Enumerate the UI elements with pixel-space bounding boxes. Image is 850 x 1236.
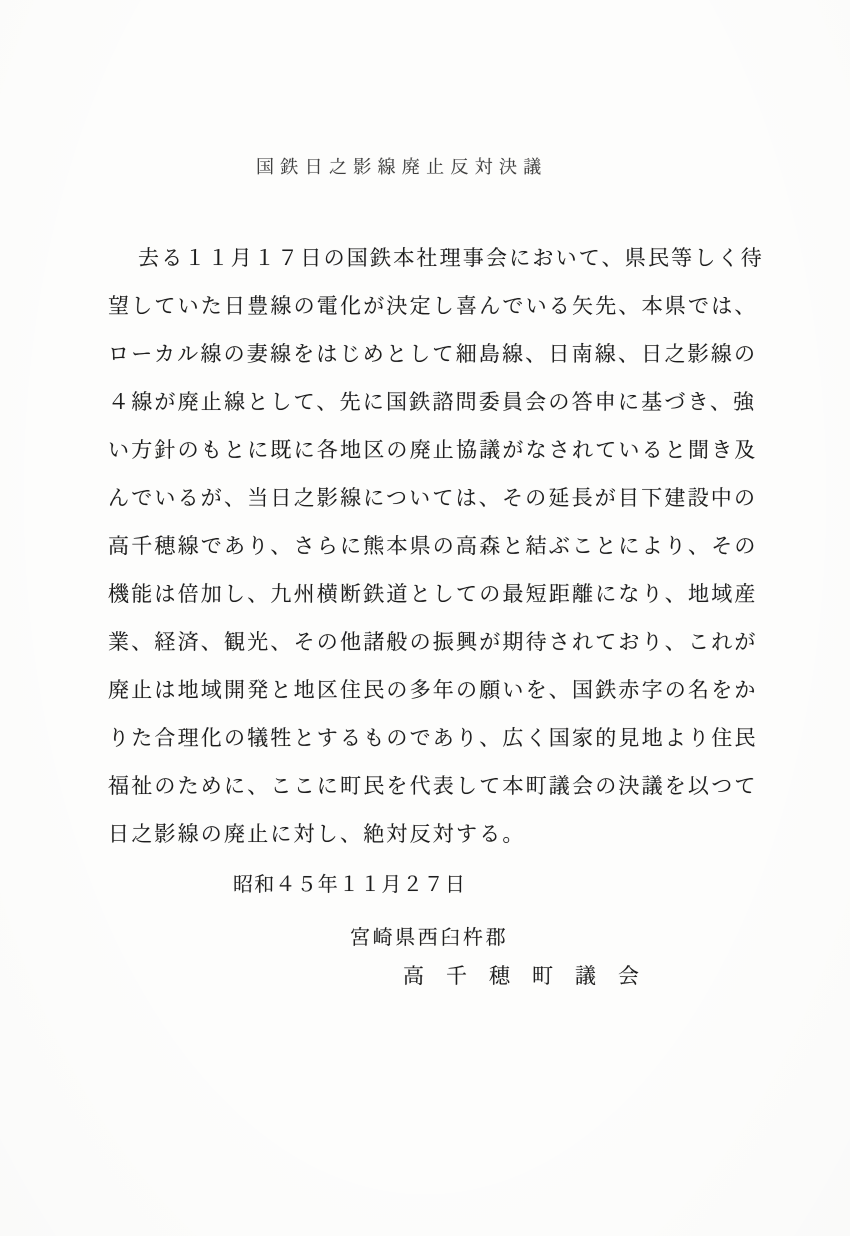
resolution-date: 昭和４５年１１月２７日 [233,868,466,897]
body-line: 業、経済、観光、その他諸般の振興が期待されており、これが [108,618,808,666]
body-line: 廃止は地域開発と地区住民の多年の願いを、国鉄赤字の名をか [108,666,808,714]
body-line: ローカル線の妻線をはじめとして細島線、日南線、日之影線の [108,330,808,378]
body-line: 福祉のために、ここに町民を代表して本町議会の決議を以つて [108,762,808,810]
body-line: 高千穂線であり、さらに熊本県の高森と結ぶことにより、その [108,522,808,570]
body-line: んでいるが、当日之影線については、その延長が目下建設中の [108,474,808,522]
signature-council: 高千穂町議会 [403,960,661,990]
resolution-body: 去る１１月１７日の国鉄本社理事会において、県民等しく待 望していた日豊線の電化が… [108,234,808,858]
signature-district: 宮崎県西臼杵郡 [350,921,508,950]
body-line: 機能は倍加し、九州横断鉄道としての最短距離になり、地域産 [108,570,808,618]
body-line: 去る１１月１７日の国鉄本社理事会において、県民等しく待 [108,234,808,282]
body-line: 日之影線の廃止に対し、絶対反対する。 [108,810,808,858]
body-line: りた合理化の犠牲とするものであり、広く国家的見地より住民 [108,714,808,762]
document-title: 国鉄日之影線廃止反対決議 [256,153,548,179]
body-line: ４線が廃止線として、先に国鉄諮問委員会の答申に基づき、強 [108,378,808,426]
body-line: い方針のもとに既に各地区の廃止協議がなされていると聞き及 [108,426,808,474]
body-line: 望していた日豊線の電化が決定し喜んでいる矢先、本県では、 [108,282,808,330]
document-page: 国鉄日之影線廃止反対決議 去る１１月１７日の国鉄本社理事会において、県民等しく待… [0,0,850,1236]
